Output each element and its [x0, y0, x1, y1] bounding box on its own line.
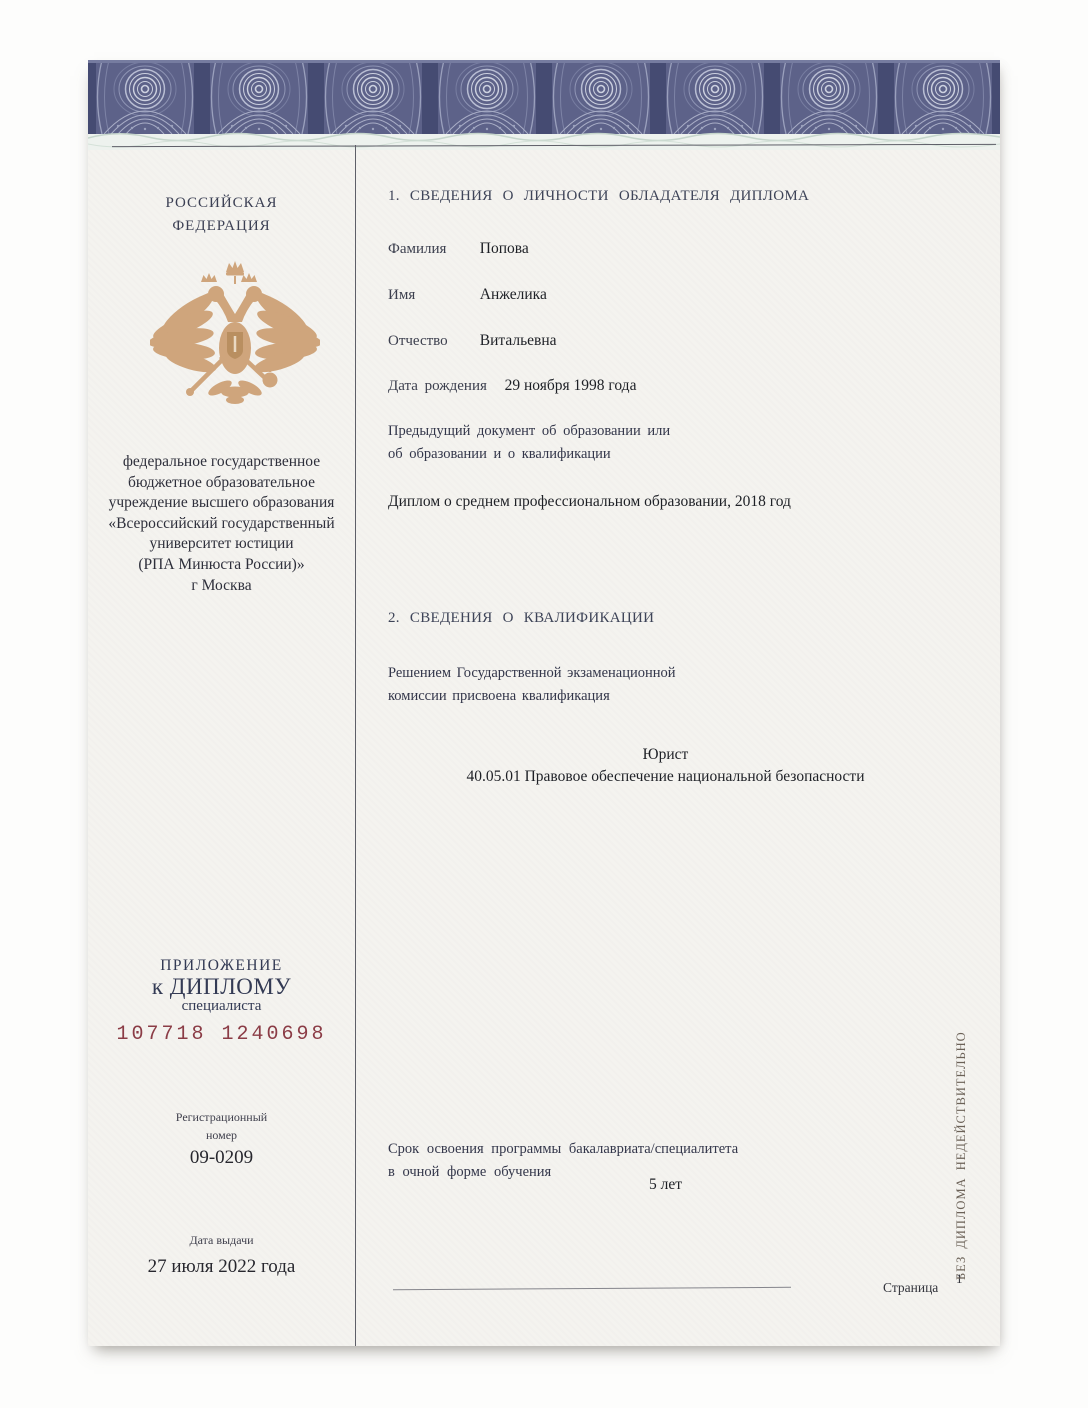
birthdate-label: Дата рождения	[388, 378, 487, 395]
qualification-value: Юрист	[373, 744, 958, 766]
field-row-firstname: Имя Анжелика	[388, 286, 547, 304]
qualification-intro: Решением Государственной экзаменационной…	[388, 662, 676, 709]
institution-line: учреждение высшего образования	[89, 493, 354, 514]
field-row-birthdate: Дата рождения 29 ноября 1998 года	[388, 377, 636, 395]
qualification-block: Юрист 40.05.01 Правовое обеспечение наци…	[373, 744, 958, 789]
country-line-2: ФЕДЕРАЦИЯ	[88, 215, 355, 238]
doc-title-line-1: ПРИЛОЖЕНИЕ	[88, 957, 355, 975]
previous-document-label: Предыдущий документ об образовании или о…	[388, 420, 670, 467]
signature-line	[393, 1287, 791, 1290]
doc-title-line-3: специалиста	[88, 999, 355, 1015]
country-title: РОССИЙСКАЯ ФЕДЕРАЦИЯ	[88, 192, 355, 239]
patronymic-label: Отчество	[388, 333, 476, 350]
issue-date-label: Дата выдачи	[88, 1233, 355, 1248]
institution-line: (РПА Минюста России)»	[89, 555, 354, 576]
section-1-title: 1. СВЕДЕНИЯ О ЛИЧНОСТИ ОБЛАДАТЕЛЯ ДИПЛОМ…	[388, 188, 809, 205]
firstname-label: Имя	[388, 287, 476, 304]
registration-number-label: Регистрационный номер	[88, 1108, 355, 1144]
institution-line: г Москва	[89, 576, 354, 597]
diploma-supplement-page: РОССИЙСКАЯ ФЕДЕРАЦИЯ	[88, 60, 1000, 1346]
institution-line: «Всероссийский государственный	[89, 514, 354, 535]
patronymic-value: Витальевна	[480, 332, 557, 349]
guilloche-band-icon	[88, 60, 1000, 150]
institution-name: федеральное государственное бюджетное об…	[89, 452, 354, 596]
issue-date-value: 27 июля 2022 года	[88, 1256, 355, 1278]
institution-line: федеральное государственное	[89, 452, 354, 473]
registration-number-value: 09-0209	[88, 1147, 355, 1169]
without-diploma-invalid-note: БЕЗ ДИПЛОМА НЕДЕЙСТВИТЕЛЬНО	[954, 1020, 969, 1280]
page-label: Страница	[883, 1280, 938, 1296]
field-row-patronymic: Отчество Витальевна	[388, 332, 557, 350]
previous-document-value: Диплом о среднем профессиональном образо…	[388, 493, 908, 511]
surname-label: Фамилия	[388, 241, 476, 258]
birthdate-value: 29 ноября 1998 года	[491, 377, 637, 394]
doc-title-line-2: к ДИПЛОМУ	[88, 975, 355, 999]
study-duration-value: 5 лет	[388, 1176, 943, 1194]
institution-line: бюджетное образовательное	[89, 473, 354, 494]
guilloche-band-svg	[88, 60, 1000, 150]
column-divider	[355, 145, 356, 1346]
surname-value: Попова	[480, 240, 529, 257]
document-title: ПРИЛОЖЕНИЕ к ДИПЛОМУ специалиста	[88, 957, 355, 1015]
field-row-surname: Фамилия Попова	[388, 240, 529, 258]
specialty-value: 40.05.01 Правовое обеспечение национальн…	[373, 766, 958, 788]
diploma-serial-number: 107718 1240698	[88, 1023, 355, 1046]
institution-line: университет юстиции	[89, 534, 354, 555]
russian-coat-of-arms-icon	[150, 258, 320, 421]
firstname-value: Анжелика	[480, 286, 547, 303]
country-line-1: РОССИЙСКАЯ	[88, 192, 355, 215]
section-2-title: 2. СВЕДЕНИЯ О КВАЛИФИКАЦИИ	[388, 610, 654, 627]
